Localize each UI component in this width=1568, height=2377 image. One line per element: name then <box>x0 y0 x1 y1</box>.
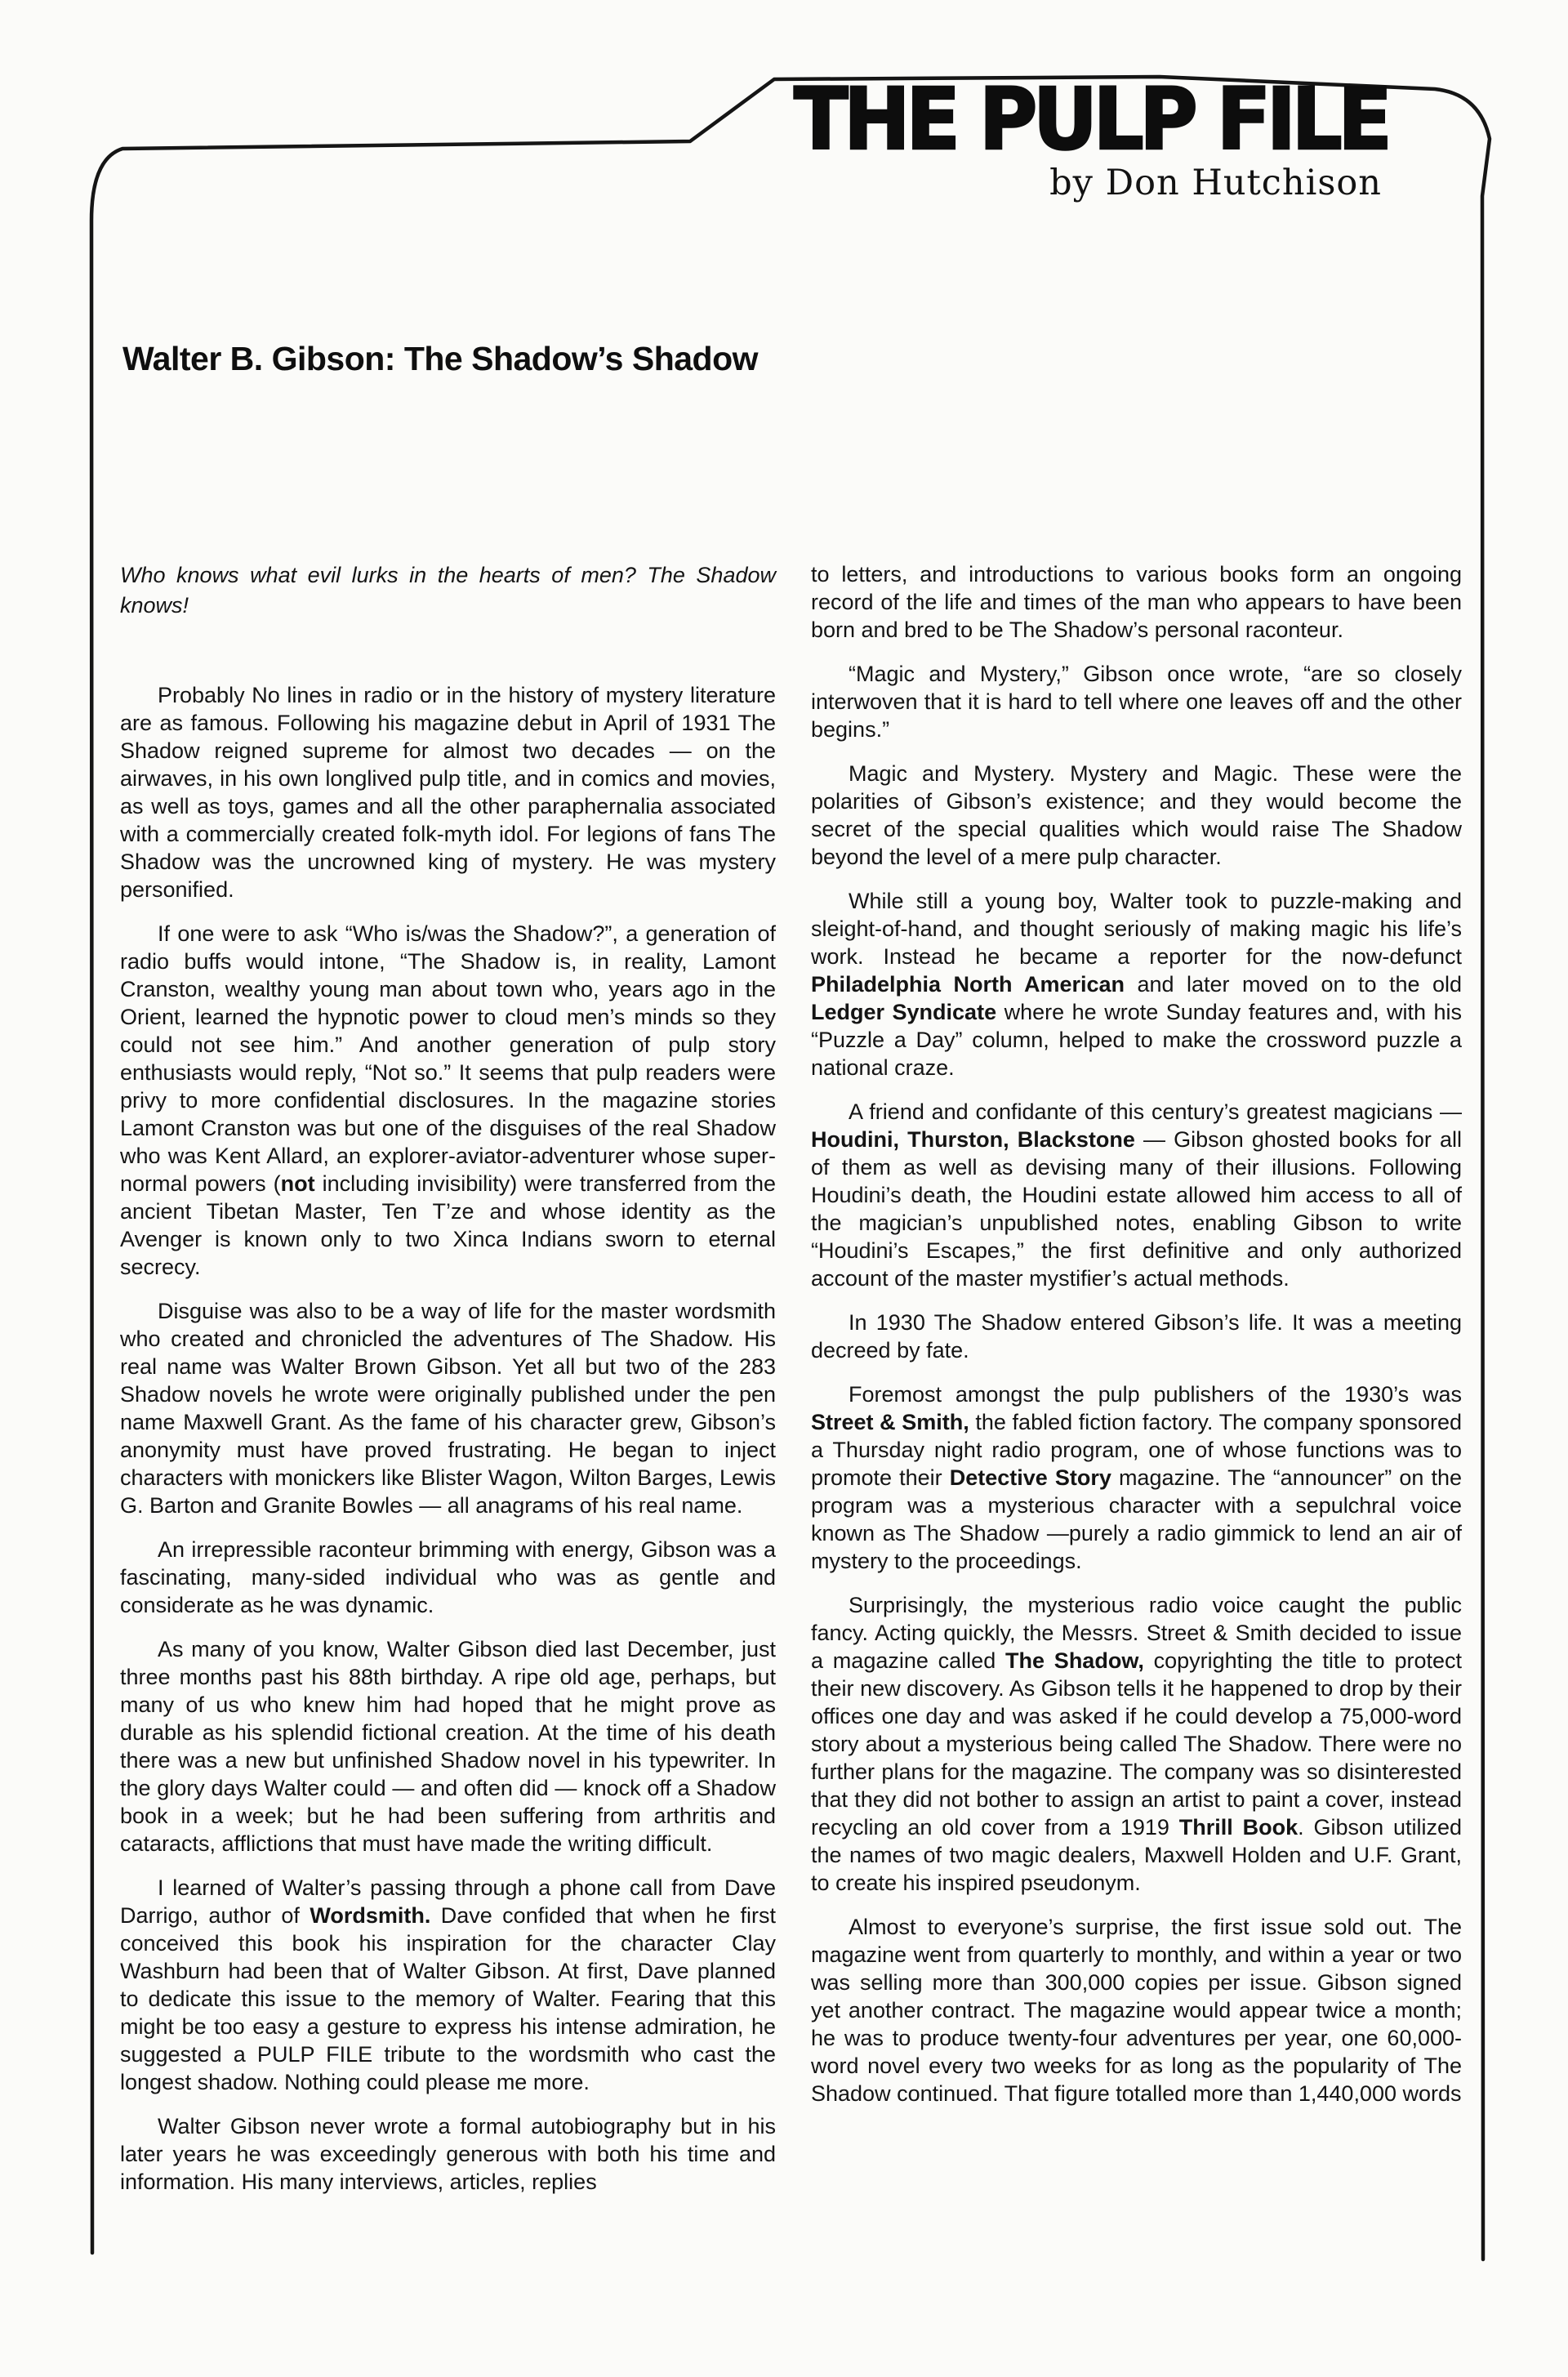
paragraph: I learned of Walter’s passing through a … <box>120 1874 776 2096</box>
bold-text-run: The Shadow, <box>1005 1648 1144 1673</box>
bold-text-run: not <box>281 1171 315 1196</box>
bold-text-run: Houdini, Thurston, Blackstone <box>811 1127 1135 1152</box>
text-run: If one were to ask “Who is/was the Shado… <box>120 921 776 1196</box>
text-run: and later moved on to the old <box>1125 972 1462 997</box>
paragraph: Walter Gibson never wrote a formal autob… <box>120 2112 776 2196</box>
byline: by Don Hutchison <box>794 163 1382 203</box>
column-logo-title: THE PULP FILE <box>794 78 1347 160</box>
text-run: While still a young boy, Walter took to … <box>811 889 1462 969</box>
text-run: Walter Gibson never wrote a formal autob… <box>120 2114 776 2194</box>
text-run: As many of you know, Walter Gibson died … <box>120 1637 776 1856</box>
text-run: Probably No lines in radio or in the his… <box>120 683 776 902</box>
paragraph: An irrepressible raconteur brimming with… <box>120 1536 776 1619</box>
bold-text-run: Wordsmith. <box>310 1903 430 1928</box>
bold-text-run: Ledger Syndicate <box>811 1000 996 1024</box>
text-run: — Gibson ghosted books for all of them a… <box>811 1127 1462 1291</box>
article-body: Who knows what evil lurks in the hearts … <box>120 560 1462 2212</box>
bold-text-run: Philadelphia North American <box>811 972 1125 997</box>
paragraph: Almost to everyone’s surprise, the first… <box>811 1913 1462 2107</box>
text-run: An irrepressible raconteur brimming with… <box>120 1537 776 1617</box>
text-run: Who knows what evil lurks in the hearts … <box>120 563 776 618</box>
paragraph: “Magic and Mystery,” Gibson once wrote, … <box>811 660 1462 743</box>
bold-text-run: Detective Story <box>950 1465 1111 1490</box>
paragraph: If one were to ask “Who is/was the Shado… <box>120 920 776 1281</box>
paragraph: In 1930 The Shadow entered Gibson’s life… <box>811 1309 1462 1364</box>
magazine-page: THE PULP FILE by Don Hutchison Walter B.… <box>0 0 1568 2377</box>
bold-text-run: Thrill Book <box>1179 1815 1298 1840</box>
text-run: Foremost amongst the pulp publishers of … <box>849 1382 1462 1407</box>
text-run: Dave confided that when he first conceiv… <box>120 1903 776 2094</box>
masthead: THE PULP FILE by Don Hutchison <box>794 78 1382 203</box>
text-run: to letters, and introductions to various… <box>811 562 1462 642</box>
text-run: In 1930 The Shadow entered Gibson’s life… <box>811 1310 1462 1362</box>
text-run: copyrighting the title to protect their … <box>811 1648 1462 1840</box>
paragraph: Foremost amongst the pulp publishers of … <box>811 1380 1462 1575</box>
paragraph: Who knows what evil lurks in the hearts … <box>120 560 776 621</box>
article-title: Walter B. Gibson: The Shadow’s Shadow <box>122 340 758 378</box>
paragraph: Disguise was also to be a way of life fo… <box>120 1297 776 1519</box>
text-run: Magic and Mystery. Mystery and Magic. Th… <box>811 761 1462 869</box>
left-column: Who knows what evil lurks in the hearts … <box>120 560 776 2212</box>
paragraph: Surprisingly, the mysterious radio voice… <box>811 1591 1462 1897</box>
paragraph: While still a young boy, Walter took to … <box>811 887 1462 1081</box>
text-run: A friend and confidante of this century’… <box>849 1099 1462 1124</box>
paragraph: Probably No lines in radio or in the his… <box>120 681 776 903</box>
text-run: “Magic and Mystery,” Gibson once wrote, … <box>811 662 1462 742</box>
text-run: Almost to everyone’s surprise, the first… <box>811 1915 1462 2106</box>
paragraph: Magic and Mystery. Mystery and Magic. Th… <box>811 760 1462 871</box>
paragraph: A friend and confidante of this century’… <box>811 1098 1462 1292</box>
paragraph: to letters, and introductions to various… <box>811 560 1462 644</box>
right-column: to letters, and introductions to various… <box>811 560 1462 2212</box>
paragraph: As many of you know, Walter Gibson died … <box>120 1635 776 1857</box>
bold-text-run: Street & Smith, <box>811 1410 969 1434</box>
text-run: Disguise was also to be a way of life fo… <box>120 1299 776 1518</box>
